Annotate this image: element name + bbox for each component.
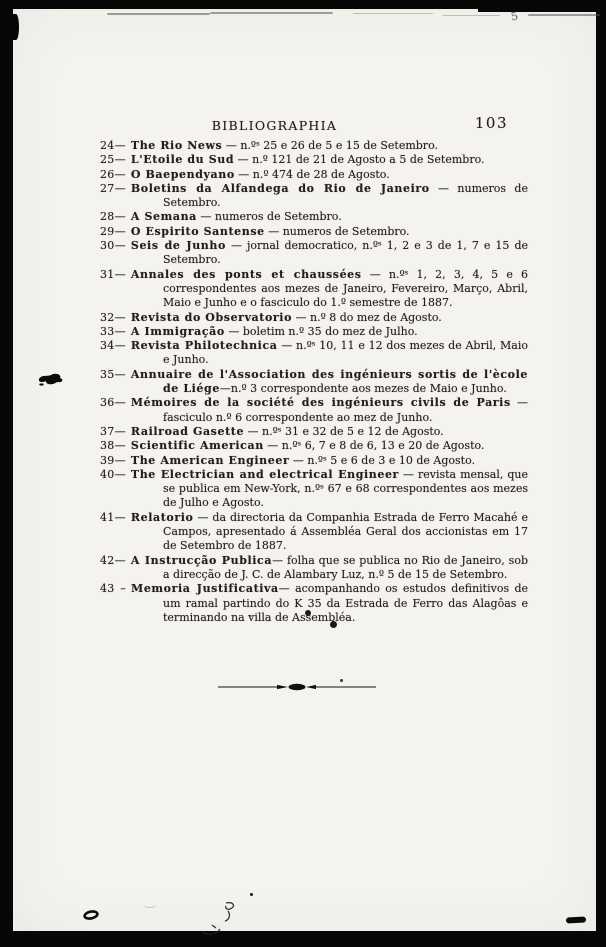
entry-number: 36— [100,396,126,409]
bibliography-entry: 26—O Baependyano — n.º 474 de 28 de Agos… [100,168,528,182]
entry-number: 26— [100,168,126,181]
entry-title: Revista Philotechnica [131,339,278,352]
bibliography-entry: 24—The Rio News — n.ºˢ 25 e 26 de 5 e 15… [100,139,528,153]
entry-title: Seis de Junho [131,239,226,252]
entry-number: 33— [100,325,126,338]
entry-title: Mémoires de la société des ingénieurs ci… [131,396,511,409]
ink-speck [250,615,252,617]
entry-number: 30— [100,239,126,252]
scan-smudge-line [353,13,433,14]
entry-description: — boletim n.º 35 do mez de Julho. [225,325,418,338]
ink-speck [250,893,253,896]
scanned-book-page: { "page": { "header": { "title": "BIBLIO… [0,0,606,947]
entry-title: A Immigração [131,325,225,338]
paper-page: 5 BIBLIOGRAPHIA 103 24—The Rio News — n.… [13,9,596,931]
bibliography-entry: 39—The American Engineer — n.ºˢ 5 e 6 de… [100,454,528,468]
entry-description: — numeros de Setembro. [265,225,410,238]
entry-description: — n.º 8 do mez de Agosto. [292,311,442,324]
entry-title: The Rio News [131,139,222,152]
bibliography-entry: 36—Mémoires de la société des ingénieurs… [100,396,528,425]
bibliography-entry: 38—Scientific American — n.ºˢ 6, 7 e 8 d… [100,439,528,453]
entry-description: — numeros de Setembro. [197,210,342,223]
entry-description: — n.º 474 de 28 de Agosto. [235,168,390,181]
scan-edge-ink-mark [566,916,586,923]
entry-title: Revista do Observatorio [131,311,292,324]
entry-number: 24— [100,139,126,152]
entry-title: The American Engineer [131,454,289,467]
bibliography-entry: 40—The Electrician and electrical Engine… [100,468,528,511]
entry-title: Railroad Gasette [131,425,244,438]
entry-title: Relatorio [131,511,194,524]
section-divider-ornament [218,682,376,692]
bibliography-entry: 32—Revista do Observatorio — n.º 8 do me… [100,311,528,325]
bibliography-entry: 33—A Immigração — boletim n.º 35 do mez … [100,325,528,339]
bibliography-entry: 43 –Memoria Justificativa— acompanhando … [100,582,528,625]
bibliography-entry: 27—Boletins da Alfandega do Rio de Janei… [100,182,528,211]
entry-number: 34— [100,339,126,352]
entry-number: 42— [100,554,126,567]
bibliography-entry: 28—A Semana — numeros de Setembro. [100,210,528,224]
entry-title: The Electrician and electrical Engineer [131,468,399,481]
scan-edge-blob [13,14,19,40]
faint-scan-arc [143,900,157,908]
entry-title: Memoria Justificativa [131,582,279,595]
entry-number: 41— [100,511,126,524]
ink-blot-mark [37,370,65,388]
bibliography-entry: 31—Annales des ponts et chaussées — n.ºˢ… [100,268,528,311]
entry-description: —n.º 3 correspondente aos mezes de Maio … [220,382,507,395]
scan-smudge-line [107,13,210,15]
entry-description: — n.ºˢ 31 e 32 de 5 e 12 de Agosto. [244,425,444,438]
entry-title: A Instrucção Publica [131,554,272,567]
entry-number: 29— [100,225,126,238]
entry-number: 27— [100,182,126,195]
bibliography-entry: 37—Railroad Gasette — n.ºˢ 31 e 32 de 5 … [100,425,528,439]
entry-title: Annales des ponts et chaussées [131,268,362,281]
entry-number: 39— [100,454,126,467]
entry-title: A Semana [131,210,197,223]
entry-number: 25— [100,153,126,166]
bibliography-entry: 34—Revista Philotechnica — n.ºˢ 10, 11 e… [100,339,528,368]
entry-description: — n.ºˢ 5 e 6 de 3 e 10 de Agosto. [289,454,475,467]
entry-number: 28— [100,210,126,223]
ink-squiggle-mark [198,901,240,939]
ink-ring-mark [82,909,100,921]
ink-speck [330,621,337,628]
scan-smudge-line [528,14,600,16]
entry-description: — n.º 121 de 21 de Agosto a 5 de Setembr… [234,153,484,166]
bibliography-entry: 42—A Instrucção Publica— folha que se pu… [100,554,528,583]
bibliography-entry: 41—Relatorio — da directoria da Companhi… [100,511,528,554]
entry-number: 43 – [100,582,126,595]
entry-title: O Espirito Santense [131,225,265,238]
entry-number: 40— [100,468,126,481]
bibliography-entry: 30—Seis de Junho — jornal democratico, n… [100,239,528,268]
bibliography-entry: 29—O Espirito Santense — numeros de Sete… [100,225,528,239]
entry-title: L'Etoile du Sud [131,153,234,166]
entry-number: 31— [100,268,126,281]
entry-number: 35— [100,368,126,381]
bibliography-entry: 25—L'Etoile du Sud — n.º 121 de 21 de Ag… [100,153,528,167]
bibliography-entry: 35—Annuaire de l'Association des ingénie… [100,368,528,397]
bibliography-list: 24—The Rio News — n.ºˢ 25 e 26 de 5 e 15… [100,139,528,625]
entry-number: 38— [100,439,126,452]
scan-border-top-right [478,9,596,12]
entry-number: 32— [100,311,126,324]
entry-title: Boletins da Alfandega do Rio de Janeiro [131,182,430,195]
entry-title: Scientific American [131,439,264,452]
entry-description: — n.ºˢ 25 e 26 de 5 e 15 de Setembro. [222,139,438,152]
page-header-title: BIBLIOGRAPHIA [13,118,536,133]
entry-description: — n.ºˢ 6, 7 e 8 de 6, 13 e 20 de Agosto. [264,439,485,452]
entry-title: O Baependyano [131,168,235,181]
scan-smudge-line [443,15,500,16]
entry-number: 37— [100,425,126,438]
page-number: 103 [475,114,508,132]
ink-speck [305,610,311,616]
entry-description: — da directoria da Companhia Estrada de … [163,511,528,553]
scan-smudge-line [210,12,333,14]
